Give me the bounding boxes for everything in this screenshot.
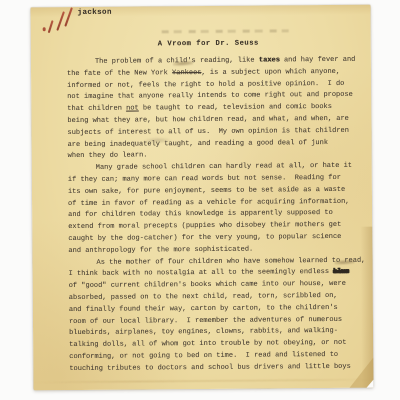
paragraph: The problem of a child's reading, like t… (67, 55, 352, 163)
faint-pencil-annotation (173, 60, 193, 66)
folded-corner-notch (366, 380, 373, 388)
typed-text: extend from moral precepts (puppies who … (68, 221, 341, 231)
typed-text: informed or not, feels the right to hold… (67, 79, 344, 89)
typed-text: being what they are, but how children re… (67, 115, 349, 125)
manuscript-page: jackson A Vroom for Dr. Seuss The proble… (31, 5, 374, 391)
text-line: caught by the dog-catcher) for the very … (68, 232, 352, 246)
typed-text: not imagine that anyone really intends t… (67, 91, 353, 101)
erased-title-line (162, 29, 289, 33)
strike-word: Yankees (172, 68, 201, 80)
paragraph: Many grade school children can hardly re… (68, 161, 353, 258)
typed-text: , is a subject upon which anyone, (201, 68, 340, 77)
typed-text: if they can; many more can read words bu… (68, 174, 341, 184)
typed-text: and finally found their way, carton by c… (69, 304, 338, 314)
typed-text: be taught to read, television and comic … (139, 103, 332, 113)
retyped-word: taxes (259, 56, 280, 64)
typed-text: when they do learn. (68, 152, 148, 161)
red-pencil-slash-mark (48, 20, 54, 33)
author-name: jackson (78, 9, 112, 17)
typed-text: and anthropology for the more sophistica… (68, 245, 253, 254)
typed-text: of "good" current children's books which… (69, 280, 346, 290)
typed-text: and for children today this knowledge is… (68, 209, 333, 219)
typed-text: are being inadequately taught, and readi… (68, 139, 329, 149)
typed-text: room of our local library. I remember th… (69, 315, 342, 325)
typed-text: talking dolls, all of whom got into trou… (69, 339, 346, 349)
overstruck-word: blur (333, 267, 349, 279)
underline-word: not (126, 105, 139, 113)
typed-text: bluebirds, airplanes, toy engines, clown… (69, 327, 338, 337)
typed-text: absorbed, passed on to the next child, r… (69, 292, 338, 302)
typed-text: touching tributes to doctors and school … (69, 363, 351, 373)
paper-crease (33, 379, 373, 384)
typed-body: The problem of a child's reading, like t… (67, 55, 353, 376)
typed-text: the fate of the New York (67, 69, 172, 78)
typed-text: its own sake, for pure enjoyment, seems … (68, 186, 345, 196)
red-pencil-dot-mark (43, 27, 46, 31)
typed-text: that children (67, 105, 126, 113)
typed-text: conforming, or not going to bed on time.… (69, 351, 338, 361)
text-line: touching tributes to doctors and school … (69, 362, 353, 376)
typed-text: Many grade school children can hardly re… (96, 162, 352, 172)
typed-text: I think back with no nostalgia at all to… (69, 268, 334, 278)
typed-text: and hay fever and (280, 56, 356, 65)
typed-text: subjects of interest to all of us. My ow… (67, 127, 349, 137)
paragraph: As the mother of four children who have … (68, 255, 353, 375)
typed-text: As the mother of four children who have … (96, 256, 365, 266)
typed-text: of time in favor of reading as a vehicle… (68, 197, 350, 207)
typed-text: caught by the dog-catcher) for the very … (68, 233, 341, 243)
erasure-smudge (144, 137, 172, 143)
document-title: A Vroom for Dr. Seuss (67, 39, 350, 49)
photo-background: jackson A Vroom for Dr. Seuss The proble… (0, 0, 400, 400)
